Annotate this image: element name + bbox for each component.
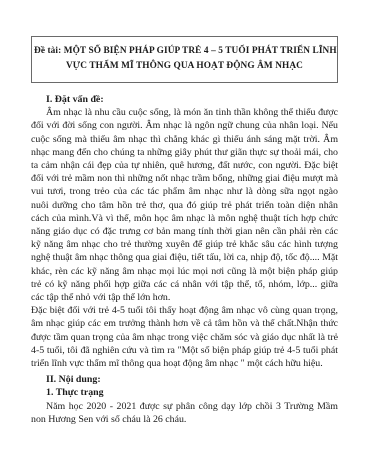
subsection-heading-thuc-trang: 1. Thực trạng (31, 386, 338, 399)
document-title-line-2: VỰC THẨM MĨ THÔNG QUA HOẠT ĐỘNG ÂM NHẠC (34, 59, 335, 74)
document-body: I. Đặt vấn đề: Âm nhạc là nhu cầu cuộc s… (31, 93, 338, 426)
section-heading-dat-van-de: I. Đặt vấn đề: (31, 93, 338, 106)
paragraph-conclusion: Đặc biệt đối với trẻ 4-5 tuổi tôi thấy h… (31, 304, 338, 370)
document-title-line-1: Đề tài: MỘT SỐ BIỆN PHÁP GIÚP TRẺ 4 – 5 … (34, 44, 335, 59)
paragraph-intro: Âm nhạc là nhu cầu cuộc sống, là món ăn … (31, 106, 338, 304)
section-heading-noi-dung: II. Nội dung: (31, 373, 338, 386)
title-box: Đề tài: MỘT SỐ BIỆN PHÁP GIÚP TRẺ 4 – 5 … (31, 36, 338, 83)
document-page: Đề tài: MỘT SỐ BIỆN PHÁP GIÚP TRẺ 4 – 5 … (0, 0, 366, 473)
paragraph-thuc-trang: Năm học 2020 - 2021 được sự phân công dạ… (31, 400, 338, 426)
